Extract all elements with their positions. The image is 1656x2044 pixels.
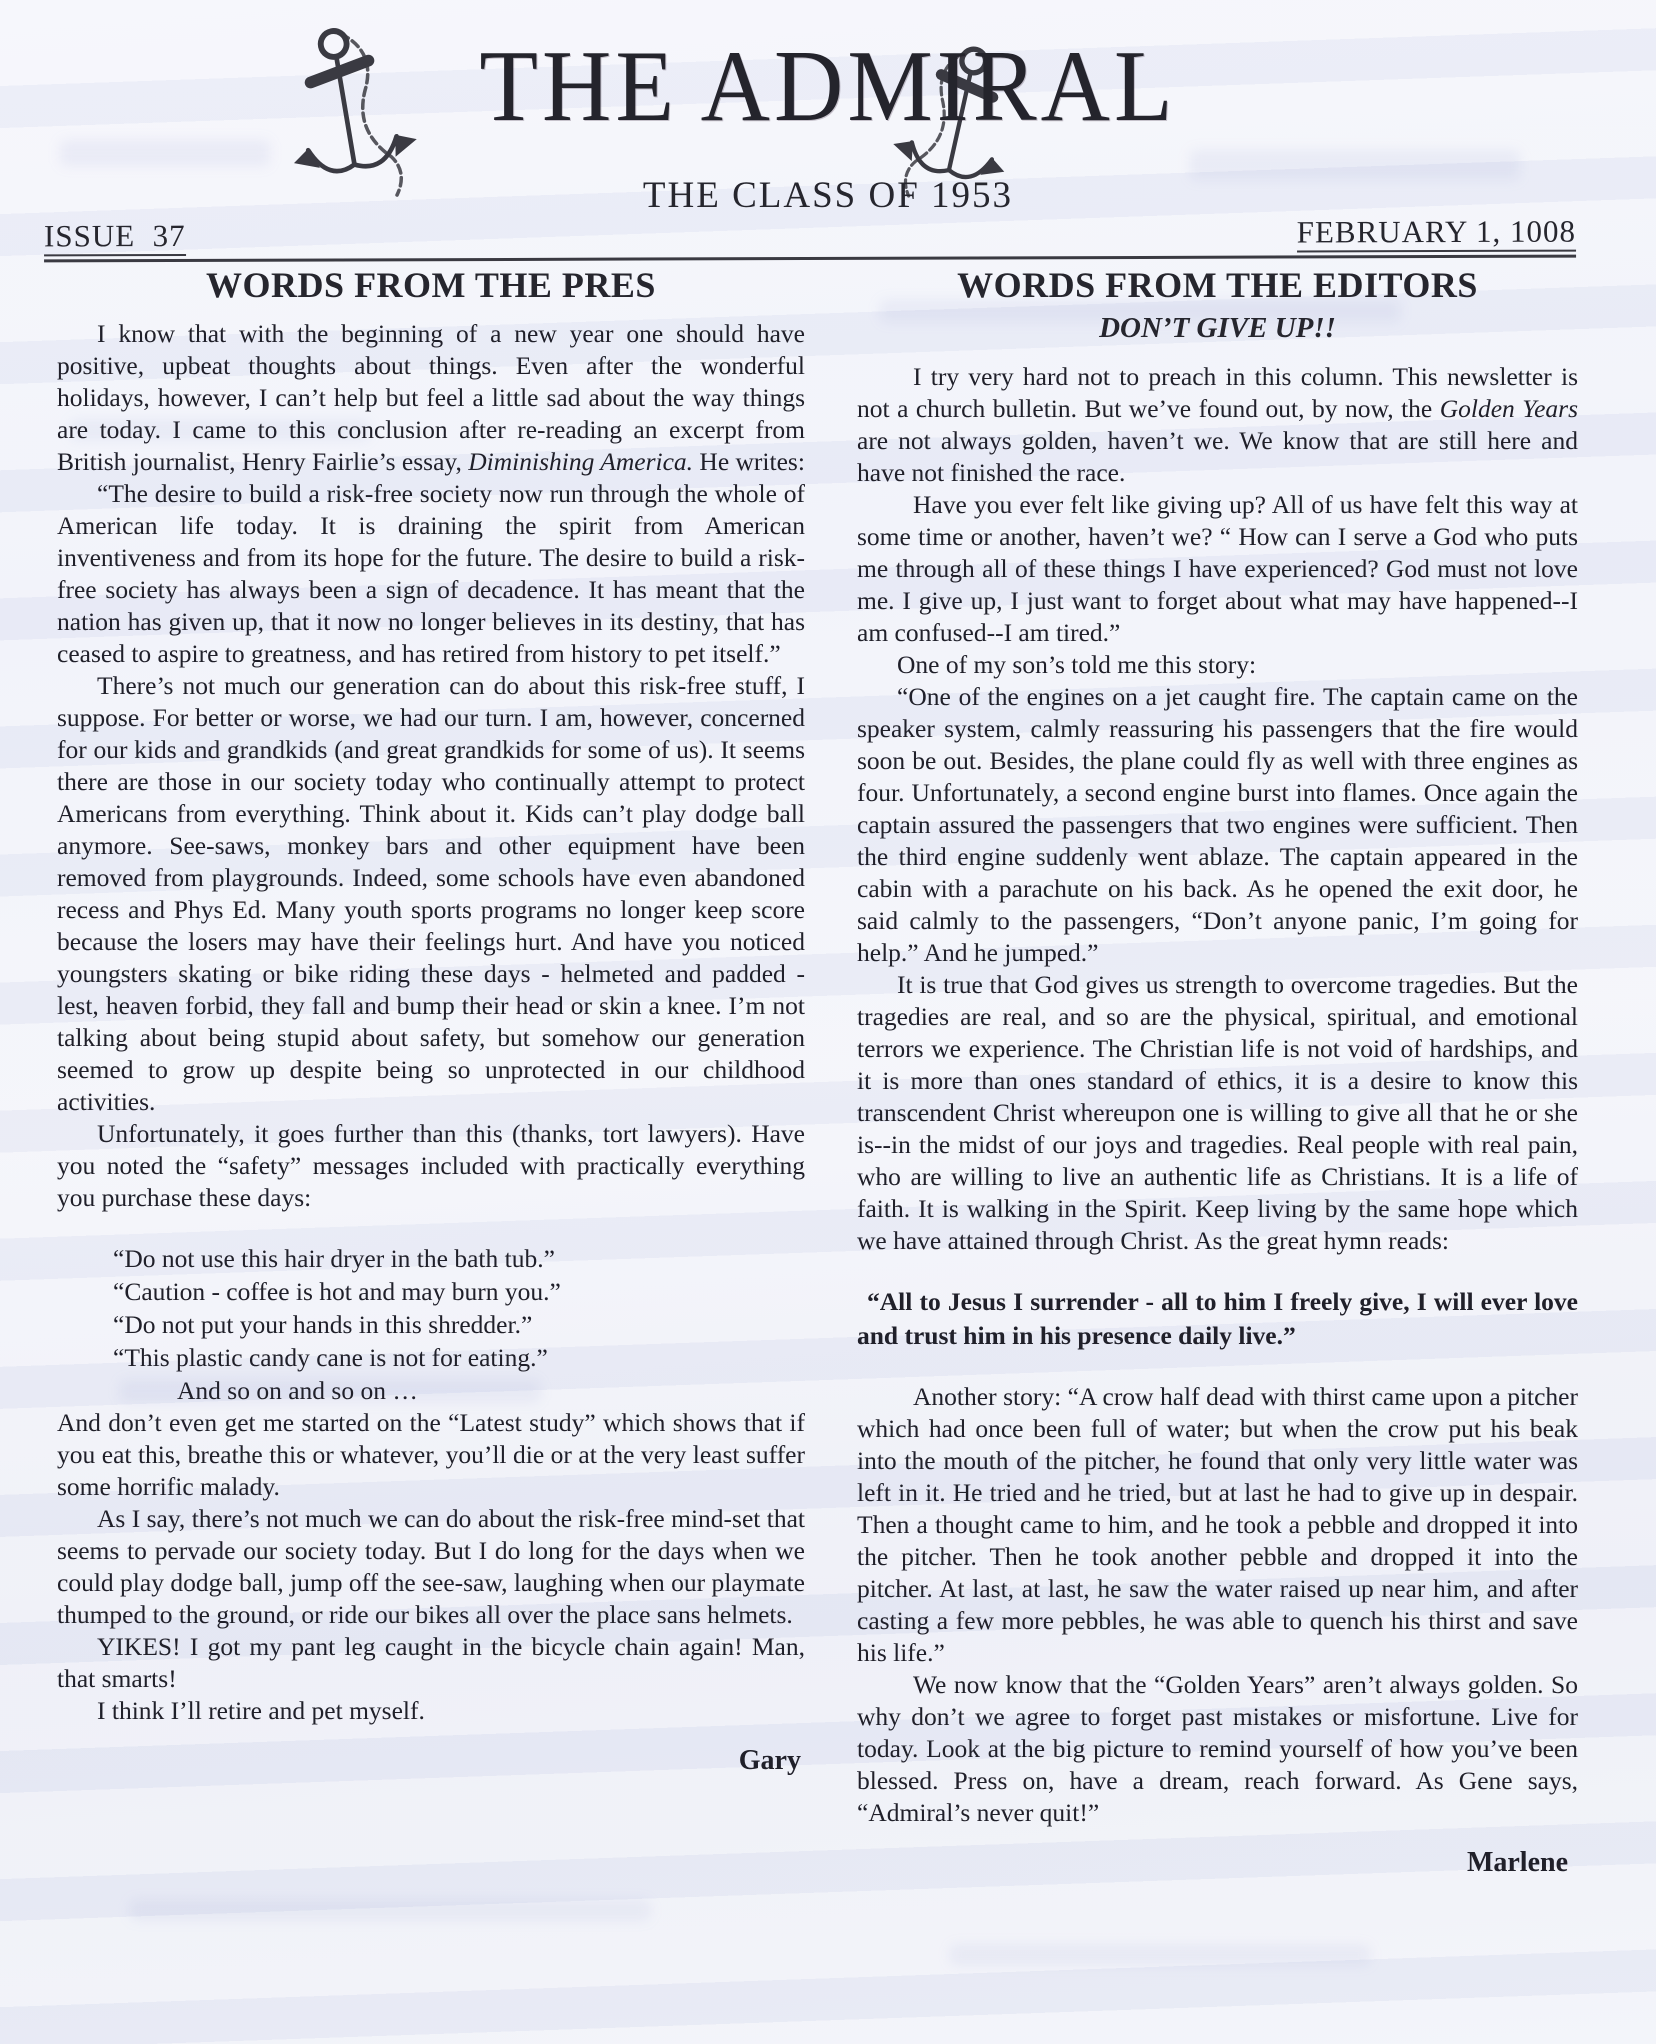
article-columns: WORDS FROM THE PRES I know that with the… xyxy=(57,262,1578,1879)
warning-label-hair-dryer: “Do not use this hair dryer in the bath … xyxy=(57,1242,805,1275)
pres-paragraph-8: I think I’ll retire and pet myself. xyxy=(57,1695,805,1727)
warning-label-shredder: “Do not put your hands in this shredder.… xyxy=(57,1308,805,1341)
right-column-heading: WORDS FROM THE EDITORS xyxy=(857,264,1578,306)
issue-row: ISSUE 37 FEBRUARY 1, 1008 xyxy=(44,214,1576,263)
right-column-subheading: DON’T GIVE UP!! xyxy=(857,312,1578,345)
bleed-through-ghost xyxy=(130,1900,650,1920)
pres-paragraph-5: And don’t even get me started on the “La… xyxy=(57,1407,805,1503)
editors-paragraph-2: Have you ever felt like giving up? All o… xyxy=(857,489,1578,649)
editors-paragraph-7: We now know that the “Golden Years” aren… xyxy=(857,1669,1578,1829)
editors-paragraph-3: One of my son’s told me this story: xyxy=(857,649,1578,681)
editors-paragraph-1: I try very hard not to preach in this co… xyxy=(857,361,1578,489)
warning-label-coffee: “Caution - coffee is hot and may burn yo… xyxy=(57,1275,805,1308)
bleed-through-ghost xyxy=(950,1945,1370,1965)
and-so-on-line: And so on and so on … xyxy=(57,1374,805,1407)
signature-marlene: Marlene xyxy=(857,1847,1578,1879)
masthead: THE ADMIRAL THE CLASS OF 1953 ISSUE 37 F… xyxy=(0,0,1656,258)
issue-number: ISSUE 37 xyxy=(44,218,186,256)
hymn-quote: “All to Jesus I surrender - all to him I… xyxy=(857,1285,1578,1353)
newsletter-subtitle: THE CLASS OF 1953 xyxy=(0,174,1656,217)
editors-paragraph-5: It is true that God gives us strength to… xyxy=(857,969,1578,1257)
warning-label-candy-cane: “This plastic candy cane is not for eati… xyxy=(57,1341,805,1374)
column-words-from-the-editors: WORDS FROM THE EDITORS DON’T GIVE UP!! I… xyxy=(857,262,1578,1879)
column-words-from-the-pres: WORDS FROM THE PRES I know that with the… xyxy=(57,262,805,1879)
newsletter-page: THE ADMIRAL THE CLASS OF 1953 ISSUE 37 F… xyxy=(0,0,1656,2044)
left-column-heading: WORDS FROM THE PRES xyxy=(57,264,805,306)
editors-paragraph-4: “One of the engines on a jet caught fire… xyxy=(857,681,1578,969)
pres-paragraph-2: “The desire to build a risk-free society… xyxy=(57,478,805,670)
pres-paragraph-3: There’s not much our generation can do a… xyxy=(57,670,805,1118)
pres-paragraph-4: Unfortunately, it goes further than this… xyxy=(57,1118,805,1214)
pres-paragraph-6: As I say, there’s not much we can do abo… xyxy=(57,1503,805,1631)
signature-gary: Gary xyxy=(57,1745,805,1777)
pres-paragraph-7: YIKES! I got my pant leg caught in the b… xyxy=(57,1631,805,1695)
issue-date: FEBRUARY 1, 1008 xyxy=(1297,214,1576,253)
editors-paragraph-6: Another story: “A crow half dead with th… xyxy=(857,1381,1578,1669)
newsletter-title: THE ADMIRAL xyxy=(0,27,1656,145)
pres-paragraph-1: I know that with the beginning of a new … xyxy=(57,318,805,478)
